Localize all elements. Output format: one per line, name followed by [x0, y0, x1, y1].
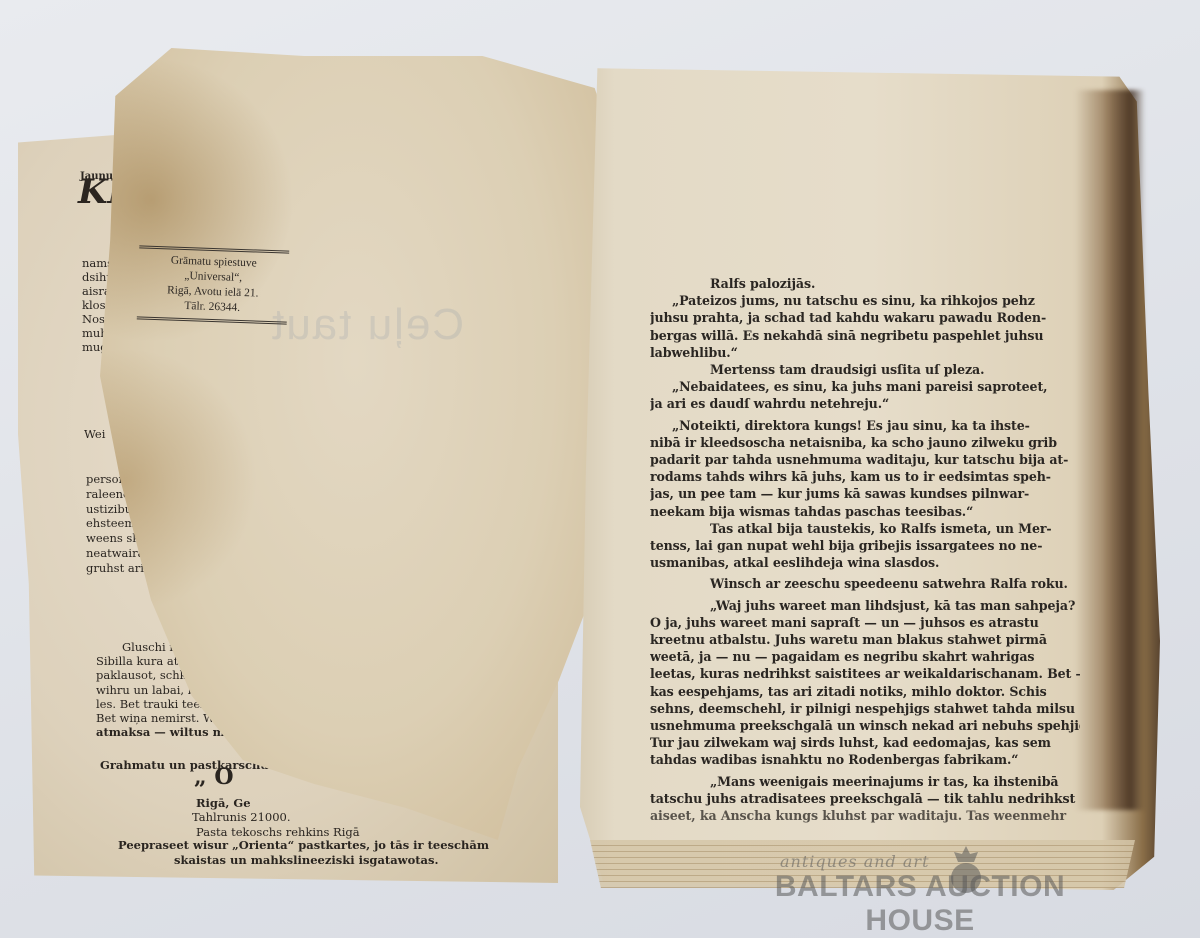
text-line: labwehlibu.“	[650, 344, 1080, 361]
text-line: Ralfs palozijās.	[650, 275, 1080, 292]
text-line: „Nebaidatees, es sinu, ka juhs mani pare…	[650, 378, 1080, 395]
fragment-line: skaistas un mahkslineeziski isgatawotas.	[174, 853, 438, 868]
text-line: bergas willā. Es nekahdā sinā negribetu …	[650, 327, 1080, 344]
text-line: usmanibas, atkal eeslihdeja wina slasdos…	[650, 554, 1080, 571]
text-line: tatschu juhs atradisatees preekschgalā —…	[650, 790, 1080, 807]
text-line: tahdas wadibas isnahktu no Rodenbergas f…	[650, 751, 1080, 768]
fragment-line: Rigā, Ge	[196, 796, 251, 811]
text-line: aiseet, ka Anscha kungs kluhst par wadit…	[650, 807, 1080, 824]
text-line: juhsu prahta, ja schad tad kahdu wakaru …	[650, 309, 1080, 326]
text-line: Mertenss tam draudsigi usſita uſ pleza.	[650, 361, 1080, 378]
text-line: „Waj juhs wareet man lihdsjust, kā tas m…	[650, 597, 1080, 614]
text-line: Tur jau zilwekam waj sirds luhst, kad ee…	[650, 734, 1080, 751]
watermark-title: BALTARS AUCTION HOUSE	[720, 870, 1120, 938]
printer-stamp: Grāmatu spiestuve „Universal“, Rigā, Avo…	[137, 245, 289, 324]
text-line: Tas atkal bija taustekis, ko Ralfs ismet…	[650, 520, 1080, 537]
text-line: sehns, deemschehl, ir pilnigi nespehjigs…	[650, 700, 1080, 717]
text-line: neekam bija wismas tahdas paschas teesib…	[650, 503, 1080, 520]
text-line: O ja, juhs wareet mani sapraſt — un — ju…	[650, 614, 1080, 631]
fragment-line: Wei	[84, 427, 105, 442]
watermark-subtitle: antiques and art	[780, 852, 930, 871]
fragment-line: Bet wiņa nemirst. We	[96, 711, 221, 726]
bleed-through-title: Ceļu taut	[270, 300, 464, 350]
text-line: weetā, ja — nu — pagaidam es negribu ska…	[650, 648, 1080, 665]
text-line: leetas, kuras nedrihkst saistitees ar we…	[650, 665, 1080, 682]
fragment-line: Tahlrunis 21000.	[192, 810, 291, 825]
water-stain	[1075, 90, 1145, 810]
text-line: usnehmuma preekschgalā un winsch nekad a…	[650, 717, 1080, 734]
text-line: jas, un pee tam — kur jums kā sawas kund…	[650, 485, 1080, 502]
text-line: rodams tahds wihrs kā juhs, kam us to ir…	[650, 468, 1080, 485]
text-line: „Pateizos jums, nu tatschu es sinu, ka r…	[650, 292, 1080, 309]
text-line: „Mans weenigais meerinajums ir tas, ka i…	[650, 773, 1080, 790]
text-line: nibā ir kleedsoscha netaisniba, ka scho …	[650, 434, 1080, 451]
fragment-publisher-logo: „ O	[194, 770, 233, 785]
fragment-line: Peepraseet wisur „Orienta“ pastkartes, j…	[118, 838, 489, 853]
text-line: Winsch ar zeeschu speedeenu satwehra Ral…	[650, 575, 1080, 592]
text-line: tenss, lai gan nupat wehl bija gribejis …	[650, 537, 1080, 554]
text-line: padarit par tahda usnehmuma waditaju, ku…	[650, 451, 1080, 468]
text-line: „Noteikti, direktora kungs! Es jau sinu,…	[650, 417, 1080, 434]
text-page: Ralfs palozijās. „Pateizos jums, nu tats…	[650, 275, 1080, 824]
text-line: kas eespehjams, tas ari zitadi notiks, m…	[650, 683, 1080, 700]
text-line: kreetnu atbalstu. Juhs waretu man blakus…	[650, 631, 1080, 648]
text-line: ja ari es daudſ wahrdu netehreju.“	[650, 395, 1080, 412]
